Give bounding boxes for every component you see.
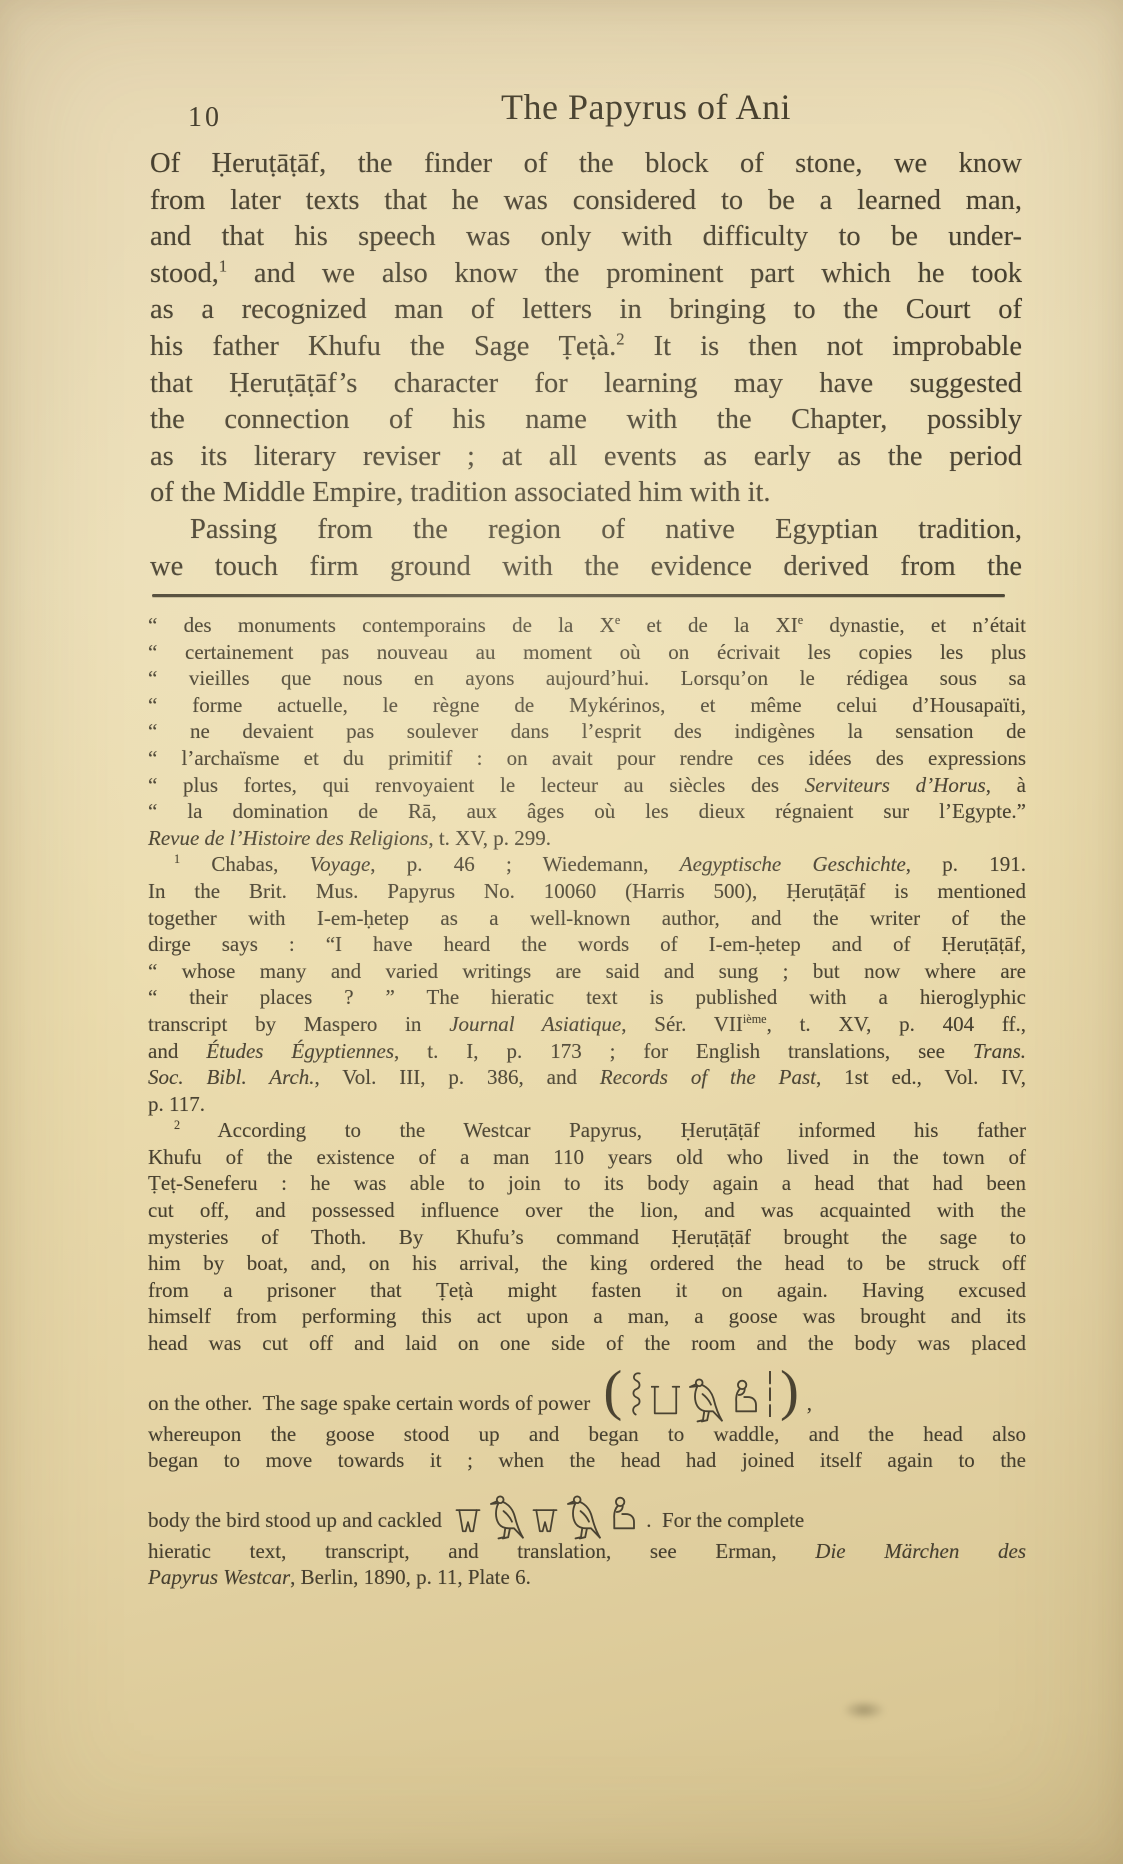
body-text-line: Passing from the region of native Egypti… — [150, 512, 1022, 549]
body-text-line: that Ḥeruṭāṭāf’s character for learning … — [150, 366, 1022, 403]
footnote-text-line: dirge says : “I have heard the words of … — [148, 931, 1026, 958]
footnote-text-line: him by boat, and, on his arrival, the ki… — [148, 1250, 1026, 1277]
footnote-text-line: “ their places ? ” The hieratic text is … — [148, 984, 1026, 1011]
hieroglyph-wick-icon — [629, 1371, 644, 1417]
footnote-text-line: head was cut off and laid on one side of… — [148, 1330, 1026, 1357]
body-text-line: as its literary reviser ; at all events … — [150, 439, 1022, 476]
body-text-line: of the Middle Empire, tradition associat… — [150, 475, 1022, 512]
footnote-text-line: himself from performing this act upon a … — [148, 1303, 1026, 1330]
footnote-text-line: “ whose many and varied writings are sai… — [148, 958, 1026, 985]
hieroglyph-vulture-icon — [565, 1493, 602, 1541]
footnote-text-line: In the Brit. Mus. Papyrus No. 10060 (Har… — [148, 878, 1026, 905]
footnote-text-line: 2 According to the Westcar Papyrus, Ḥeru… — [148, 1117, 1026, 1144]
footnote-text-line: 1 Chabas, Voyage, p. 46 ; Wiedemann, Aeg… — [148, 851, 1026, 878]
body-text-line: we touch firm ground with the evidence d… — [150, 549, 1022, 586]
paper-smudge — [842, 1700, 886, 1720]
hieroglyph-jar-stand-icon — [532, 1507, 558, 1534]
footnote-text-line: “ la domination de Rā, aux âges où les d… — [148, 798, 1026, 825]
hieroglyph-seated-man-icon — [609, 1496, 638, 1538]
hieroglyph-jar-stand-icon — [455, 1507, 481, 1534]
line-text: on the other. The sage spake certain wor… — [148, 1390, 595, 1417]
close-paren-glyph: ) — [780, 1366, 799, 1416]
body-text-line: his father Khufu the Sage Ṭeṭà.2 It is t… — [150, 329, 1022, 366]
footnote-text-line: together with I-em-ḥetep as a well-known… — [148, 905, 1026, 932]
hieroglyph-group-gagaa — [455, 1493, 638, 1534]
footnote-text-line: transcript by Maspero in Journal Asiatiq… — [148, 1011, 1026, 1038]
body-text-line: from later texts that he was considered … — [150, 183, 1022, 220]
footnote-text-line: Khufu of the existence of a man 110 year… — [148, 1144, 1026, 1171]
hieroglyph-plural-strokes-icon — [767, 1371, 773, 1417]
footnotes-block: “ des monuments contemporains de la Xe e… — [148, 612, 1026, 1591]
line-text: body the bird stood up and cackled — [148, 1507, 447, 1534]
footnote-text-line: mysteries of Thoth. By Khufu’s command Ḥ… — [148, 1224, 1026, 1251]
hieroglyph-group-hekau: () — [603, 1366, 798, 1416]
open-paren-glyph: ( — [603, 1366, 622, 1416]
line-text: . For the complete — [646, 1507, 804, 1534]
body-text-line: Of Ḥeruṭāṭāf, the finder of the block of… — [150, 146, 1022, 183]
line-text: , — [807, 1390, 812, 1417]
body-text-line: stood,1 and we also know the prominent p… — [150, 256, 1022, 293]
footnote-text-line: “ l’archaïsme et du primitif : on avait … — [148, 745, 1026, 772]
footnote-text-line: from a prisoner that Ṭeṭà might fasten i… — [148, 1277, 1026, 1304]
footnote-text-line: began to move towards it ; when the head… — [148, 1447, 1026, 1474]
footnote-divider — [152, 594, 1005, 597]
footnote-text-line: “ vieilles que nous en ayons aujourd’hui… — [148, 665, 1026, 692]
footnote-text-line: cut off, and possessed influence over th… — [148, 1197, 1026, 1224]
footnote-text-line: Soc. Bibl. Arch., Vol. III, p. 386, and … — [148, 1064, 1026, 1091]
footnote-text-line: “ des monuments contemporains de la Xe e… — [148, 612, 1026, 639]
footnote-text-line: Revue de l’Histoire des Religions, t. XV… — [148, 825, 1026, 852]
footnote-text-line: “ ne devaient pas soulever dans l’esprit… — [148, 718, 1026, 745]
footnote-text-line: Ṭeṭ-Seneferu : he was able to join to it… — [148, 1170, 1026, 1197]
hieroglyph-seated-man-icon — [731, 1379, 760, 1421]
footnote-text-line: “ forme actuelle, le règne de Mykérinos,… — [148, 692, 1026, 719]
footnote-text-line-with-hieroglyphs: on the other. The sage spake certain wor… — [148, 1357, 1026, 1421]
hieroglyph-vulture-icon — [488, 1493, 525, 1541]
book-page: 10 The Papyrus of Ani Of Ḥeruṭāṭāf, the … — [0, 0, 1123, 1864]
footnote-text-line: whereupon the goose stood up and began t… — [148, 1421, 1026, 1448]
footnote-text-line: hieratic text, transcript, and translati… — [148, 1538, 1026, 1565]
footnote-text-line: “ certainement pas nouveau au moment où … — [148, 639, 1026, 666]
footnote-text-line: Papyrus Westcar, Berlin, 1890, p. 11, Pl… — [148, 1564, 1026, 1591]
footnote-text-line: and Études Égyptiennes, t. I, p. 173 ; f… — [148, 1038, 1026, 1065]
body-text-line: and that his speech was only with diffic… — [150, 219, 1022, 256]
footnote-text-line: p. 117. — [148, 1091, 1026, 1118]
body-text-line: the connection of his name with the Chap… — [150, 402, 1022, 439]
footnote-text-line: “ plus fortes, qui renvoyaient le lecteu… — [148, 772, 1026, 799]
hieroglyph-ka-arms-icon — [651, 1382, 680, 1417]
body-text-line: as a recognized man of letters in bringi… — [150, 292, 1022, 329]
running-header-title: The Papyrus of Ani — [210, 86, 1082, 128]
footnote-text-line-with-hieroglyphs: body the bird stood up and cackled . For… — [148, 1474, 1026, 1538]
main-text-block: Of Ḥeruṭāṭāf, the finder of the block of… — [150, 146, 1022, 585]
hieroglyph-vulture-icon — [687, 1376, 724, 1424]
